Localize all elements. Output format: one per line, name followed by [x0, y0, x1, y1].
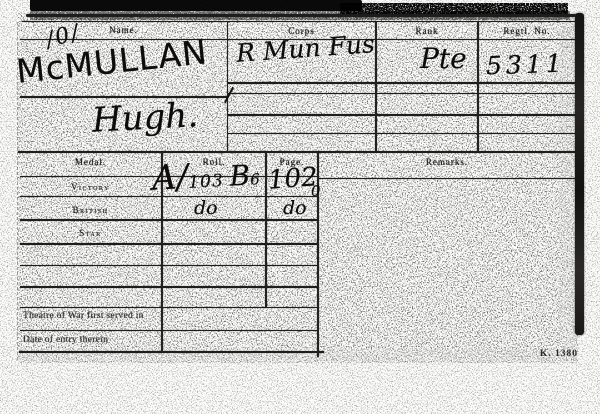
- medal-row-label-victory: Victory: [20, 182, 161, 192]
- theatre-of-war-label: Theatre of War first served in: [23, 311, 144, 321]
- surname-handwriting: McMULLAN: [14, 32, 209, 91]
- forename-handwriting: Hugh.: [91, 95, 199, 140]
- rule-line: [20, 307, 318, 309]
- roll-prefix: A/: [151, 157, 189, 199]
- remarks-column-header: Remarks.: [318, 157, 576, 167]
- rule-line: [20, 330, 318, 332]
- rule-line: [227, 93, 576, 95]
- column-divider: [477, 21, 479, 152]
- card-bottom-border: [19, 351, 324, 354]
- section-divider-line: [18, 151, 578, 153]
- column-divider: [227, 21, 229, 152]
- british-roll-ditto-handwriting: do: [194, 197, 218, 219]
- form-code: K. 1380: [520, 349, 578, 359]
- roll-number: 103: [188, 171, 224, 193]
- rule-line: [20, 286, 318, 288]
- medal-row-label-british: British: [20, 205, 161, 215]
- medal-row-label-star: Star: [20, 228, 161, 238]
- rule-line: [20, 219, 318, 221]
- column-divider: [375, 21, 377, 152]
- rule-line: [20, 243, 318, 245]
- scan-artifact-top-band: [30, 0, 362, 11]
- column-divider: [265, 152, 267, 308]
- date-of-entry-label: Date of entry therein: [23, 335, 108, 345]
- victory-page-extra-handwriting: 0: [311, 182, 321, 200]
- regimental-number-handwriting: 5311: [486, 49, 567, 81]
- roll-letter: B: [229, 159, 251, 193]
- scan-artifact-right-edge: [575, 13, 584, 335]
- victory-roll-handwriting: A/103B6: [151, 153, 261, 199]
- rule-line: [227, 114, 576, 116]
- regtl-no-column-header: Regtl. No.: [478, 26, 576, 36]
- rule-line: [20, 265, 318, 267]
- pen-stroke-flourish: [224, 87, 234, 104]
- rule-line: [22, 21, 578, 23]
- british-page-ditto-handwriting: do: [283, 197, 307, 219]
- rank-handwriting: Pte: [420, 42, 467, 75]
- rule-line: [227, 82, 576, 84]
- rank-column-header: Rank: [376, 26, 478, 36]
- card-top-border: [26, 14, 576, 17]
- medal-index-card-scan: Name. Corps Rank Regtl. No. /0/ McMULLAN…: [0, 0, 600, 414]
- rule-line: [318, 178, 576, 180]
- roll-letter-number: 6: [250, 170, 260, 188]
- medal-column-header: Medal.: [20, 157, 161, 167]
- rule-line: [227, 133, 576, 135]
